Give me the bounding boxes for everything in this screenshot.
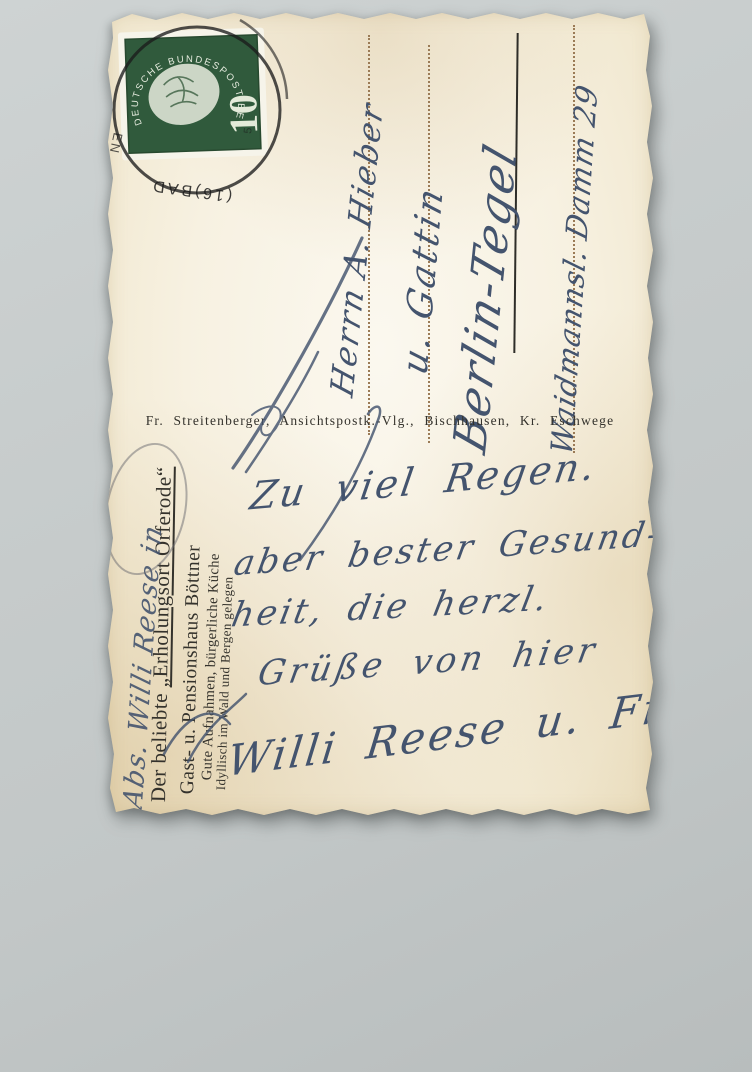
stamp-portrait — [140, 55, 227, 134]
postage-stamp: DEUTSCHE BUNDESPOST BERLIN 10 — [118, 27, 268, 160]
stamp-portrait-shading — [163, 76, 198, 107]
message-line-4: Grüße von hier — [255, 633, 601, 691]
message-line-2: aber bester Gesund- — [231, 517, 664, 581]
flourish-stroke-short — [246, 352, 318, 472]
stamp-country-text: DEUTSCHE BUNDESPOST BERLIN — [113, 20, 247, 127]
stamp-white-border — [118, 27, 268, 160]
stamp-green-panel — [125, 35, 261, 154]
address-line-spouse: u. Gattin — [398, 182, 449, 379]
message-line-1: Zu viel Regen. — [248, 447, 601, 516]
scanner-background: DEUTSCHE BUNDESPOST BERLIN 10 (16)BAD EN… — [0, 0, 752, 1072]
stamp-graphic: DEUTSCHE BUNDESPOST BERLIN 10 — [118, 27, 268, 160]
message-line-3: heit, die herzl. — [229, 581, 553, 632]
message-signature: Willi Reese u. Frau — [225, 679, 725, 783]
address-line-street: Waidmannsl. Damm 29 — [548, 81, 603, 458]
stamp-value: 10 — [220, 93, 266, 135]
postmark-town-text: (16)BAD — [149, 176, 233, 204]
address-line-city: Berlin-Tegel — [447, 138, 524, 458]
publisher-imprint: Fr. Streitenberger, Ansichtspostk.-Vlg.,… — [104, 414, 656, 428]
postcard-shadow-wrap: DEUTSCHE BUNDESPOST BERLIN 10 (16)BAD EN… — [104, 10, 656, 818]
postcard: DEUTSCHE BUNDESPOST BERLIN 10 (16)BAD EN… — [104, 10, 656, 818]
address-line-recipient: Herrn A. Hieber — [326, 98, 388, 400]
